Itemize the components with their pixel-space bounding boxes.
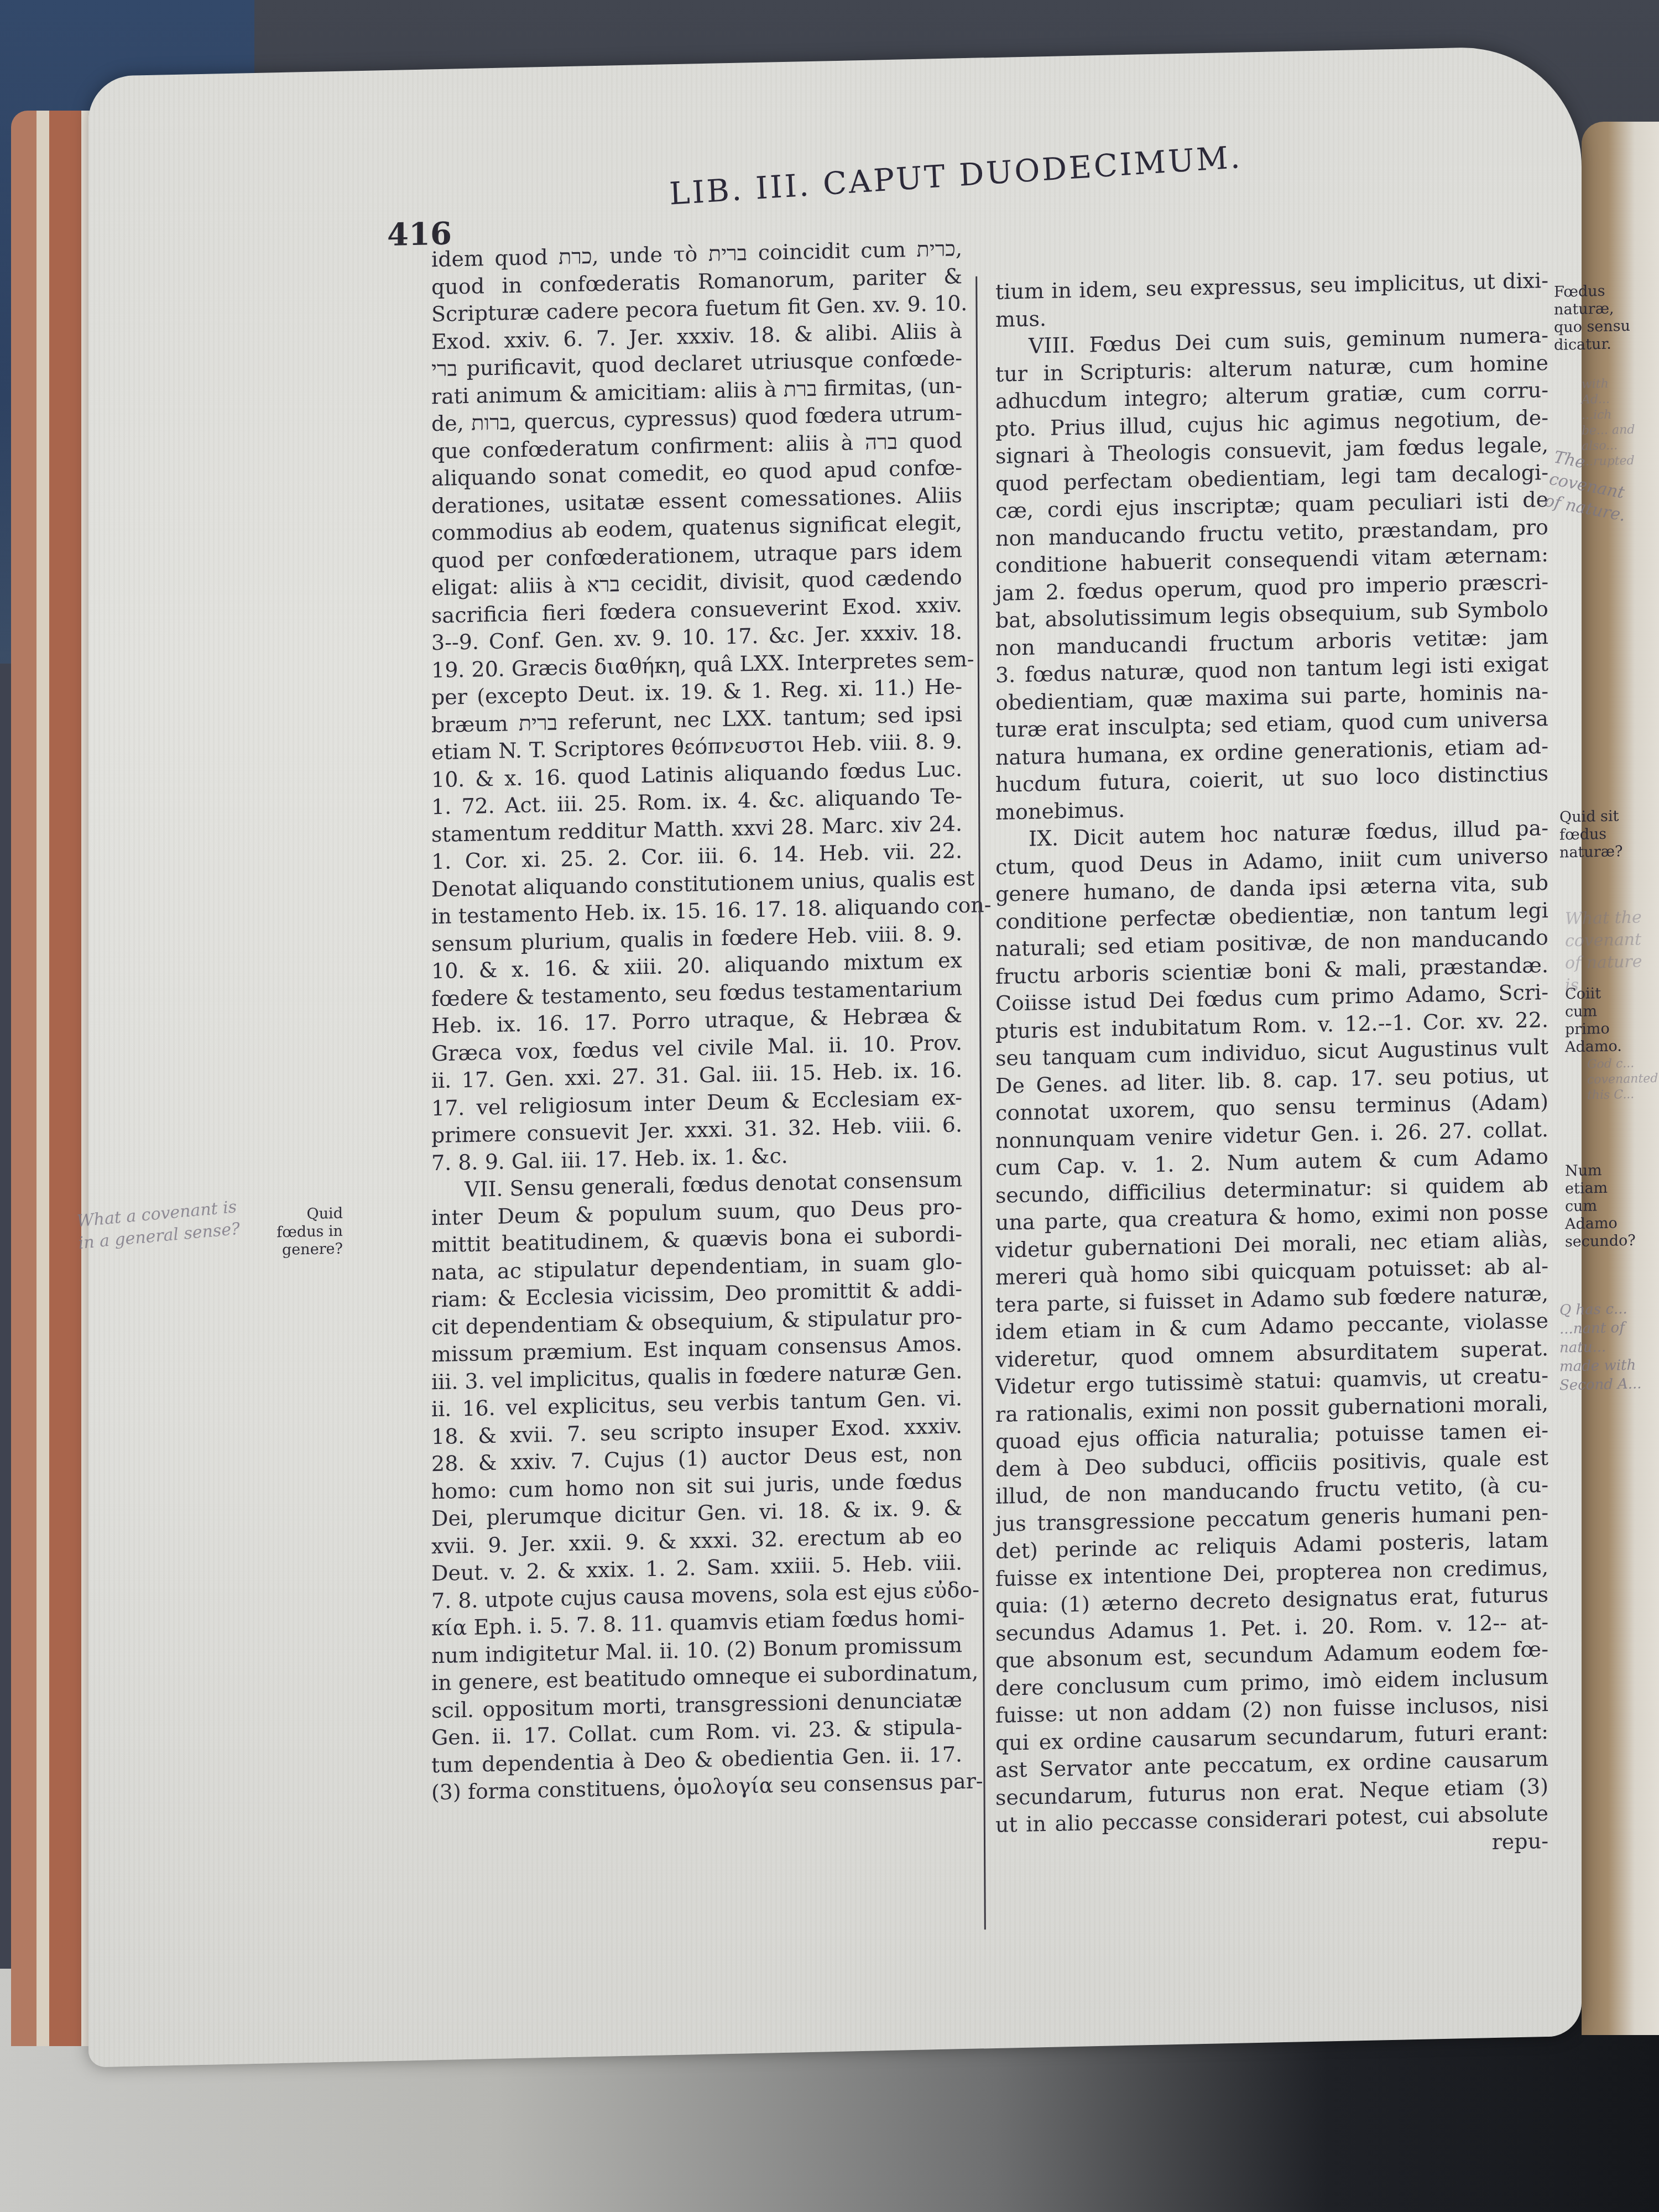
book-page: LIB. III. CAPUT DUODECIMUM. 416 idem quo… — [88, 45, 1582, 2068]
left-text-column: idem quod כרת, unde τὸ ברית coincidit cu… — [431, 235, 962, 1807]
handwritten-note-with-adam: with Ad... ...ich be... and also... ...r… — [1582, 376, 1637, 470]
side-note-foedus-naturae: Fœdus naturæ, quo sensu dicatur. — [1554, 282, 1637, 354]
handwritten-note-god-covenanted: God c... covenanted this C... — [1587, 1056, 1642, 1103]
right-text-column: tium in idem, seu expressus, seu implici… — [995, 267, 1548, 1866]
handwritten-note-what-covenant-nature: What the covenant of nature is — [1565, 906, 1642, 997]
handwritten-note-covenant-general: What a covenant is in a general sense? — [76, 1196, 245, 1255]
side-note-quid-sit-foedus-naturae: Quid sit fœdus naturæ? — [1559, 807, 1637, 862]
handwritten-note-second-adam: Q has c... ...nant of natu... made with … — [1559, 1299, 1642, 1395]
side-note-num-etiam-cum-adamo-secundo: Num etiam cum Adamo secundo? — [1565, 1161, 1637, 1251]
running-head: LIB. III. CAPUT DUODECIMUM. — [669, 139, 1243, 212]
side-note-quid-foedus-in-genere: Quid fœdus in genere? — [260, 1205, 343, 1260]
